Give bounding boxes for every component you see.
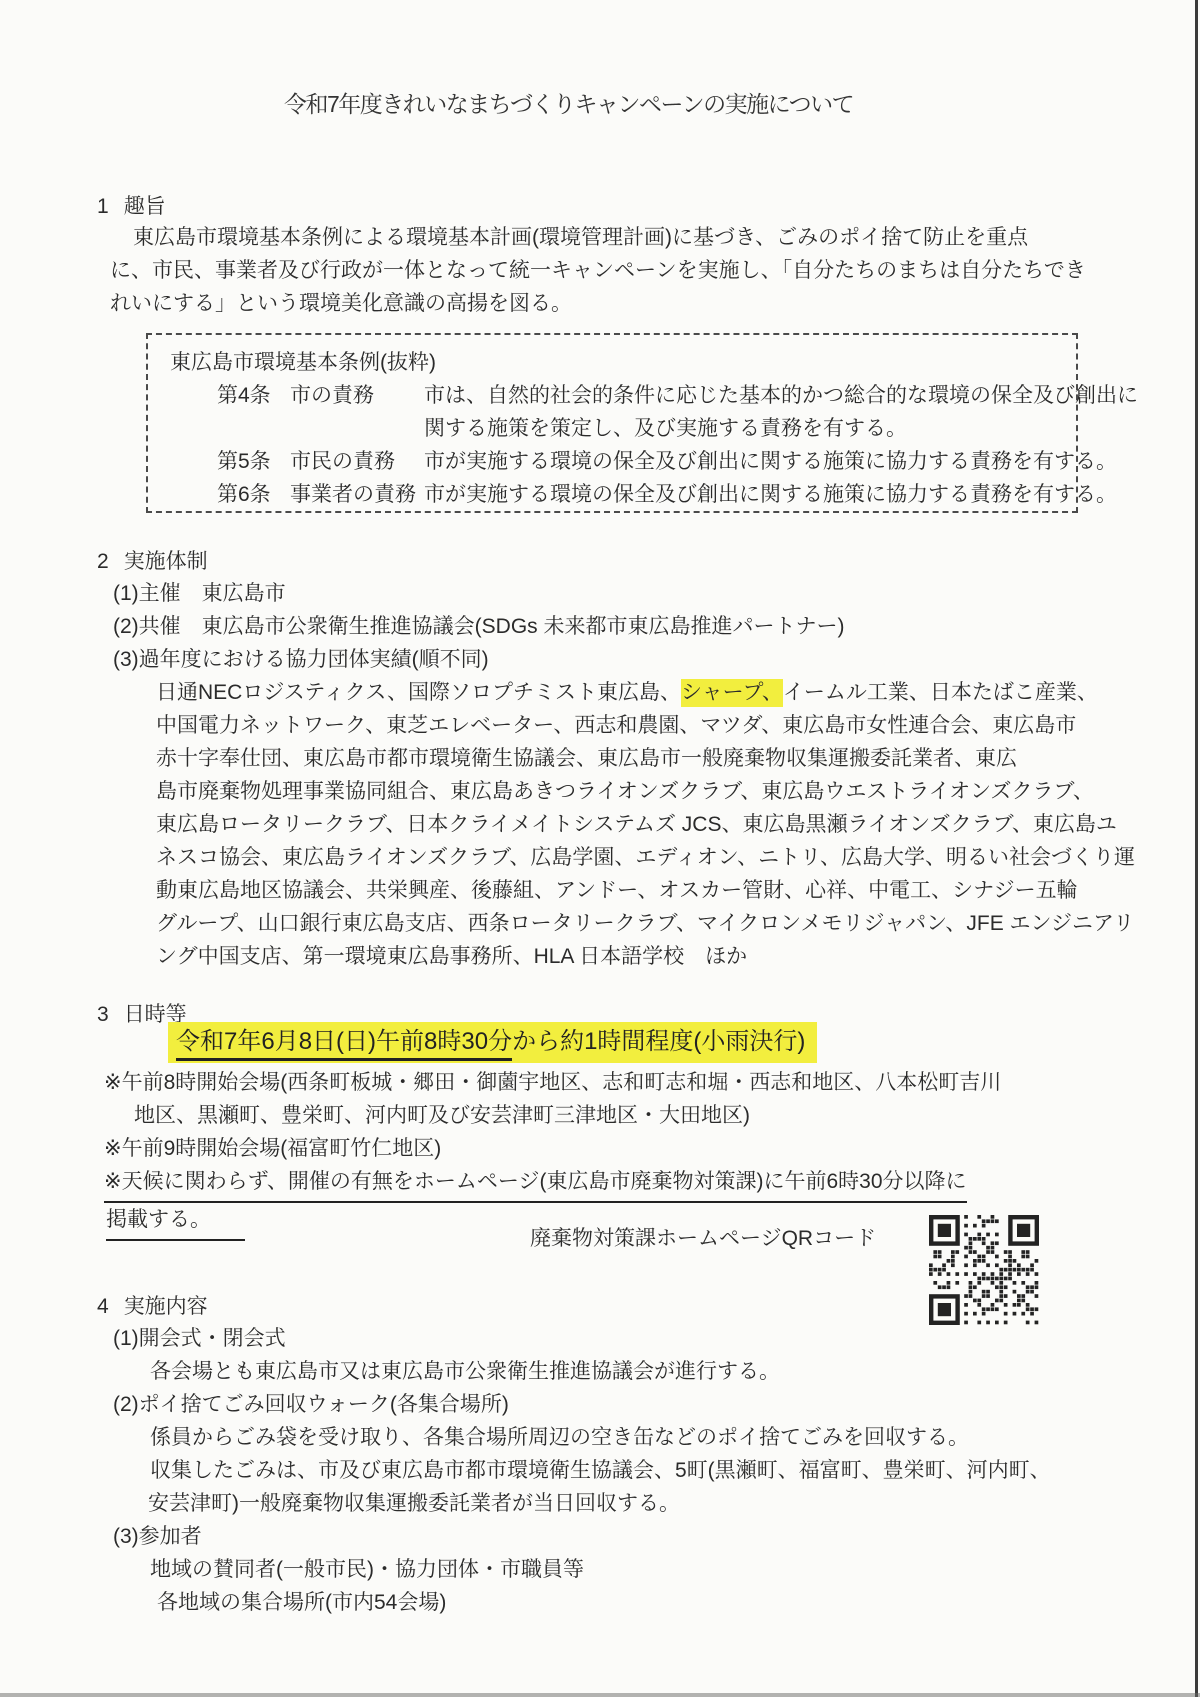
highlighted-org-name: シャープ、 bbox=[681, 679, 783, 707]
section-2-title: 実施体制 bbox=[124, 550, 208, 573]
article-text: 市が実施する環境の保全及び創出に関する施策に協力する責務を有する。 bbox=[424, 450, 1117, 473]
ordinance-excerpt-box: 東広島市環境基本条例(抜粋) 第4条市の責務市は、自然的社会的条件に応じた基本的… bbox=[146, 333, 1078, 513]
section-3-number: 3 bbox=[97, 998, 109, 1031]
section-2-number: 2 bbox=[97, 545, 109, 578]
article-number: 第6条 bbox=[217, 478, 290, 511]
article-text-continuation: 関する施策を策定し、及び実施する責務を有する。 bbox=[148, 412, 1076, 445]
document-title: 令和7年度きれいなまちづくりキャンペーンの実施について bbox=[284, 86, 853, 119]
litter-walk-text: 安芸津町)一般廃棄物収集運搬委託業者が当日回収する。 bbox=[148, 1487, 1051, 1520]
section-1-number: 1 bbox=[97, 190, 109, 223]
list-item-cosponsor: (2)共催 東広島市公衆衛生推進協議会(SDGs 未来都市東広島推進パートナー) bbox=[113, 610, 1135, 643]
event-datetime-highlight: 令和7年6月8日(日)午前8時30分から約1時間程度(小雨決行) bbox=[168, 1022, 817, 1063]
org-list-line: 東広島ロータリークラブ、日本クライメイトシステムズ JCS、東広島黒瀬ライオンズ… bbox=[156, 808, 1135, 841]
ceremony-text: 各会場とも東広島市又は東広島市公衆衛生推進協議会が進行する。 bbox=[150, 1355, 1051, 1388]
event-date-rest: から約1時間程度(小雨決行) bbox=[512, 1028, 805, 1055]
paragraph-line: れいにする」という環境美化意識の高揚を図る。 bbox=[110, 287, 1086, 320]
section-3-notes: ※午前8時開始会場(西条町板城・郷田・御薗宇地区、志和町志和堀・西志和地区、八本… bbox=[104, 1066, 1001, 1241]
note-venues-8am-continuation: 地区、黒瀬町、豊栄町、河内町及び安芸津町三津地区・大田地区) bbox=[134, 1099, 1001, 1132]
section-2-heading: 2実施体制 bbox=[97, 545, 208, 578]
note-weather-underlined: 掲載する。 bbox=[106, 1203, 245, 1241]
org-list-line: ング中国支店、第一環境東広島事務所、HLA 日本語学校 ほか bbox=[156, 940, 1135, 973]
section-1-title: 趣旨 bbox=[124, 195, 166, 218]
article-text: 市は、自然的社会的条件に応じた基本的かつ総合的な環境の保全及び創出に bbox=[424, 384, 1138, 407]
note-weather: ※天候に関わらず、開催の有無をホームページ(東広島市廃棄物対策課)に午前6時30… bbox=[104, 1165, 1001, 1203]
participants-text: 各地域の集合場所(市内54会場) bbox=[157, 1586, 1051, 1619]
article-number: 第5条 bbox=[217, 445, 290, 478]
ordinance-box-title: 東広島市環境基本条例(抜粋) bbox=[148, 346, 1076, 379]
litter-walk-text: 収集したごみは、市及び東広島市都市環境衛生協議会、5町(黒瀬町、福富町、豊栄町、… bbox=[150, 1454, 1051, 1487]
org-list-line: 島市廃棄物処理事業協同組合、東広島あきつライオンズクラブ、東広島ウエストライオン… bbox=[156, 775, 1135, 808]
org-list-line: 中国電力ネットワーク、東芝エレベーター、西志和農園、マツダ、東広島市女性連合会、… bbox=[156, 709, 1135, 742]
event-date-underlined: 令和7年6月8日(日)午前8時30分 bbox=[176, 1028, 512, 1061]
list-item-past-partners: (3)過年度における協力団体実績(順不同) bbox=[113, 643, 1135, 676]
org-list-line: 動東広島地区協議会、共栄興産、後藤組、アンドー、オスカー管財、心祥、中電工、シナ… bbox=[156, 874, 1135, 907]
scan-edge-artifact-bottom bbox=[0, 1693, 1200, 1697]
litter-walk-text: 係員からごみ袋を受け取り、各集合場所周辺の空き缶などのポイ捨てごみを回収する。 bbox=[150, 1421, 1051, 1454]
paragraph-line: に、市民、事業者及び行政が一体となって統一キャンペーンを実施し、「自分たちのまち… bbox=[110, 254, 1086, 287]
scan-edge-artifact-right bbox=[1195, 0, 1198, 1697]
org-list-line: 日通NECロジスティクス、国際ソロプチミスト東広島、シャープ、イームル工業、日本… bbox=[156, 676, 1135, 709]
org-list-line: ネスコ協会、東広島ライオンズクラブ、広島学園、エディオン、ニトリ、広島大学、明る… bbox=[156, 841, 1135, 874]
article-subject: 市の責務 bbox=[290, 379, 424, 412]
article-number: 第4条 bbox=[217, 379, 290, 412]
section-2-body: (1)主催 東広島市 (2)共催 東広島市公衆衛生推進協議会(SDGs 未来都市… bbox=[113, 577, 1135, 973]
qr-code bbox=[928, 1215, 1040, 1325]
list-item-organizer: (1)主催 東広島市 bbox=[113, 577, 1135, 610]
note-venues-8am: ※午前8時開始会場(西条町板城・郷田・御薗宇地区、志和町志和堀・西志和地区、八本… bbox=[104, 1066, 1001, 1099]
section-4-heading: 4実施内容 bbox=[97, 1290, 208, 1323]
org-list-line: グループ、山口銀行東広島支店、西条ロータリークラブ、マイクロンメモリジャパン、J… bbox=[156, 907, 1135, 940]
list-item-litter-walk: (2)ポイ捨てごみ回収ウォーク(各集合場所) bbox=[113, 1388, 1051, 1421]
org-list-line: 赤十字奉仕団、東広島市都市環境衛生協議会、東広島市一般廃棄物収集運搬委託業者、東… bbox=[156, 742, 1135, 775]
list-item-ceremony: (1)開会式・閉会式 bbox=[113, 1322, 1051, 1355]
org-list-text: イームル工業、日本たばこ産業、 bbox=[783, 681, 1098, 704]
section-1-heading: 1趣旨 bbox=[97, 190, 166, 223]
section-4-body: (1)開会式・閉会式 各会場とも東広島市又は東広島市公衆衛生推進協議会が進行する… bbox=[113, 1322, 1051, 1619]
org-list-text: 日通NECロジスティクス、国際ソロプチミスト東広島、 bbox=[156, 681, 681, 704]
section-1-body: 東広島市環境基本条例による環境基本計画(環境管理計画)に基づき、ごみのポイ捨て防… bbox=[110, 221, 1086, 320]
note-venues-9am: ※午前9時開始会場(福富町竹仁地区) bbox=[104, 1132, 1001, 1165]
list-item-participants: (3)参加者 bbox=[113, 1520, 1051, 1553]
ordinance-row-article5: 第5条市民の責務市が実施する環境の保全及び創出に関する施策に協力する責務を有する… bbox=[148, 445, 1076, 478]
article-text: 市が実施する環境の保全及び創出に関する施策に協力する責務を有する。 bbox=[424, 483, 1117, 506]
ordinance-row-article6: 第6条事業者の責務市が実施する環境の保全及び創出に関する施策に協力する責務を有す… bbox=[148, 478, 1076, 511]
scanned-document-page: 令和7年度きれいなまちづくりキャンペーンの実施について 1趣旨 東広島市環境基本… bbox=[0, 0, 1200, 1697]
note-weather-underlined: ※天候に関わらず、開催の有無をホームページ(東広島市廃棄物対策課)に午前6時30… bbox=[104, 1165, 967, 1203]
section-4-number: 4 bbox=[97, 1290, 109, 1323]
ordinance-row-article4: 第4条市の責務市は、自然的社会的条件に応じた基本的かつ総合的な環境の保全及び創出… bbox=[148, 379, 1076, 412]
article-subject: 市民の責務 bbox=[290, 445, 424, 478]
paragraph-line: 東広島市環境基本条例による環境基本計画(環境管理計画)に基づき、ごみのポイ捨て防… bbox=[133, 221, 1086, 254]
section-4-title: 実施内容 bbox=[124, 1295, 208, 1318]
qr-code-label: 廃棄物対策課ホームページQRコード bbox=[530, 1222, 876, 1252]
participants-text: 地域の賛同者(一般市民)・協力団体・市職員等 bbox=[150, 1553, 1051, 1586]
article-subject: 事業者の責務 bbox=[290, 478, 424, 511]
